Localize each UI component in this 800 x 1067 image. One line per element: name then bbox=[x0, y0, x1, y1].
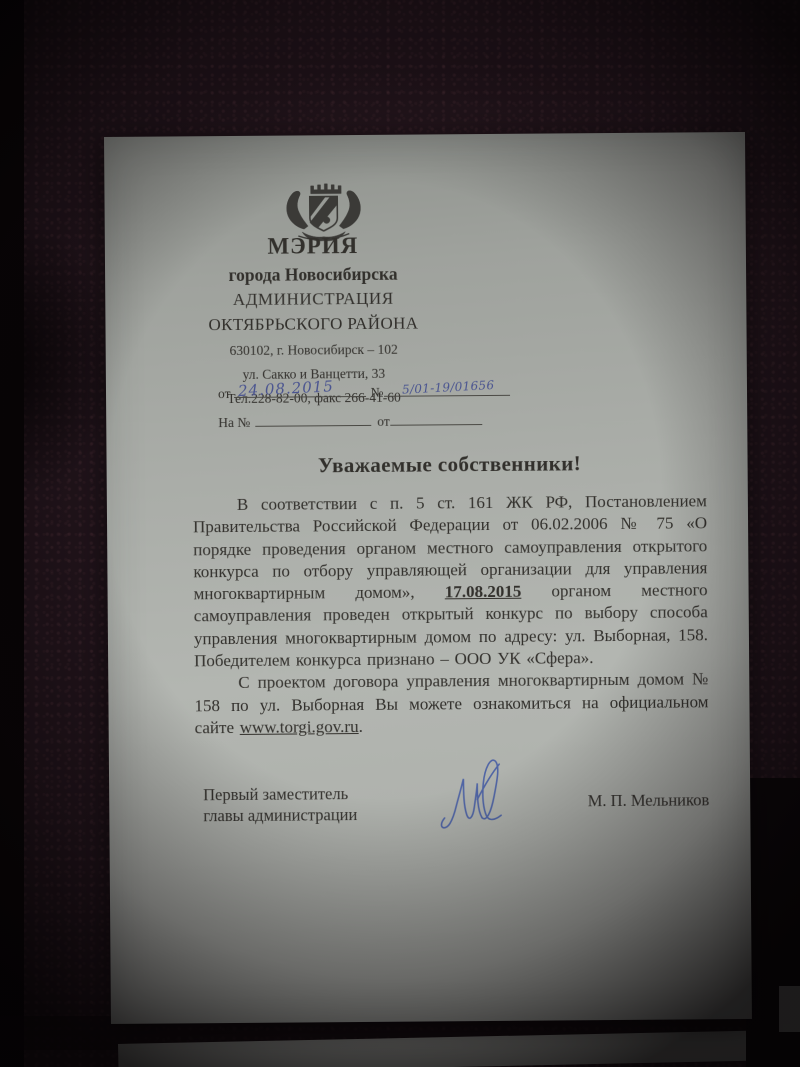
torgi-gov-ru-url: www.torgi.gov.ru bbox=[240, 717, 359, 737]
org-name-administration: АДМИНИСТРАЦИЯ bbox=[115, 288, 511, 311]
photo-of-posted-letter: МЭРИЯ города Новосибирска АДМИНИСТРАЦИЯ … bbox=[0, 0, 800, 1067]
signer-position: Первый заместитель главы администрации bbox=[203, 783, 357, 826]
date-blank-line: 24.08.2015 bbox=[234, 383, 366, 398]
from-label: от bbox=[218, 386, 231, 401]
number-blank-line: 5/01-19/01656 bbox=[384, 382, 510, 397]
org-name-city: города Новосибирска bbox=[115, 263, 511, 287]
handwritten-date: 24.08.2015 bbox=[238, 377, 335, 400]
reply-date-blank-line bbox=[391, 411, 483, 426]
paragraph-contract-info: С проектом договора управления многоквар… bbox=[194, 669, 709, 740]
incoming-reference-row: На №от bbox=[218, 411, 483, 431]
salutation-heading: Уважаемые собственники! bbox=[192, 450, 706, 479]
contest-date: 17.08.2015 bbox=[445, 582, 522, 602]
signer-name: М. П. Мельников bbox=[588, 789, 710, 823]
document-paper: МЭРИЯ города Новосибирска АДМИНИСТРАЦИЯ … bbox=[104, 132, 752, 1024]
signer-position-line1: Первый заместитель bbox=[203, 783, 357, 805]
door-frame-left bbox=[0, 0, 24, 1067]
paragraph2-text-after: . bbox=[359, 717, 363, 736]
org-name-meria: МЭРИЯ bbox=[115, 232, 511, 261]
postal-address: 630102, г. Новосибирск – 102 bbox=[116, 341, 512, 360]
outgoing-reference-row: от24.08.2015№5/01-19/01656 bbox=[218, 382, 511, 402]
number-label: № bbox=[370, 385, 383, 400]
reply-number-label: На № bbox=[218, 415, 250, 430]
adjacent-paper-sliver bbox=[779, 986, 800, 1032]
paragraph-contest-results: В соответствии с п. 5 ст. 161 ЖК РФ, Пос… bbox=[193, 490, 708, 672]
letter-body: В соответствии с п. 5 ст. 161 ЖК РФ, Пос… bbox=[193, 490, 709, 739]
reply-number-blank-line bbox=[255, 412, 371, 427]
signature-block: Первый заместитель главы администрации М… bbox=[203, 780, 709, 826]
signer-position-line2: главы администрации bbox=[203, 804, 357, 826]
reply-from-label: от bbox=[377, 414, 390, 429]
org-name-district: ОКТЯБРЬСКОГО РАЙОНА bbox=[115, 313, 511, 336]
